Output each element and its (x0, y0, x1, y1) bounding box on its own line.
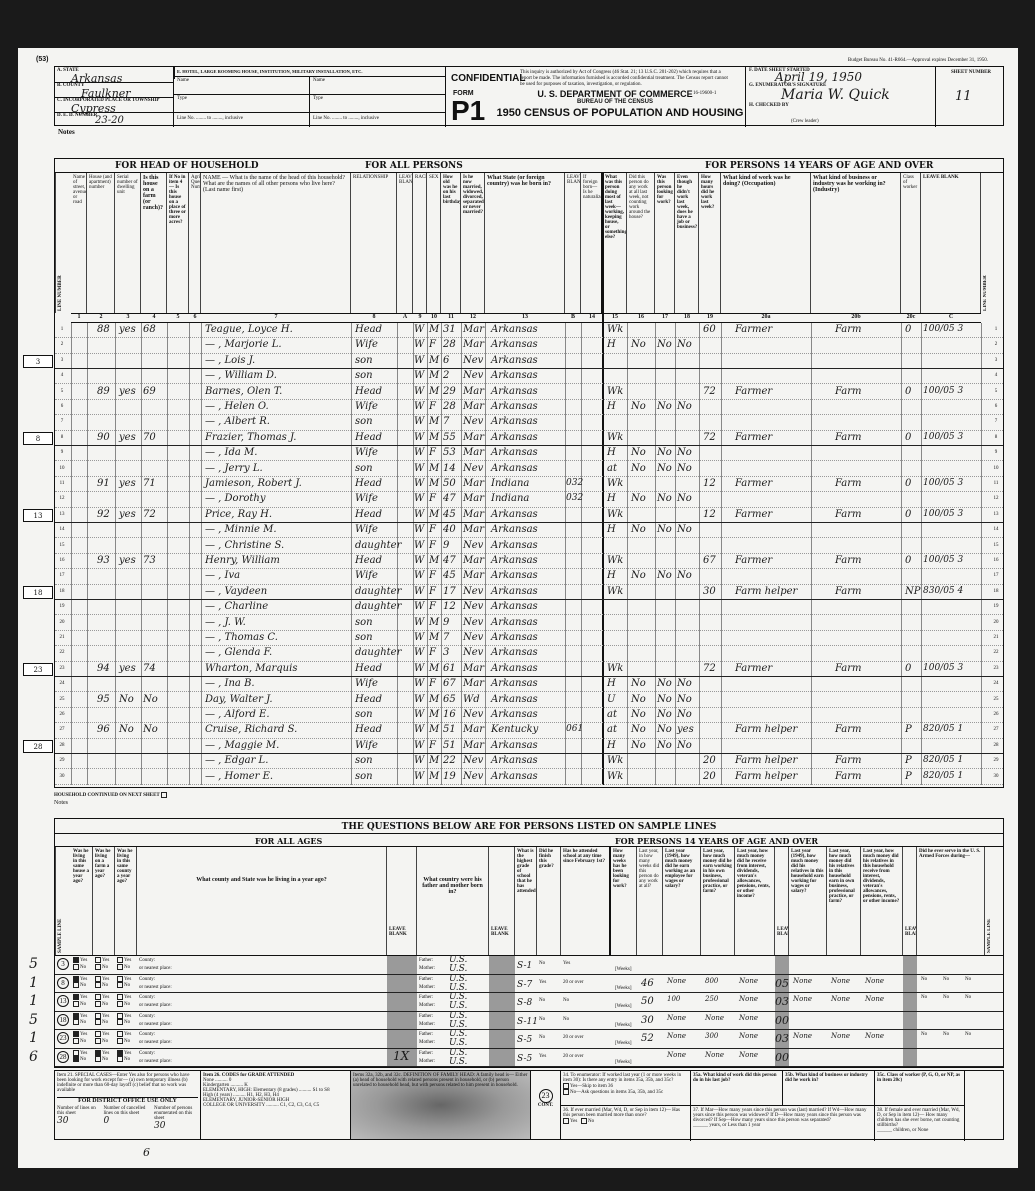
line-number-right: 27 (989, 727, 1003, 732)
cell-race: W (414, 709, 424, 720)
col-32c-header: Last year, how much money did his relati… (861, 847, 903, 955)
q34-text: 34. To enumerator: If worked last year (… (563, 1073, 688, 1083)
other-service: No (965, 977, 971, 983)
cell-name: Frazier, Thomas J. (205, 432, 296, 443)
cell-race: W (414, 617, 424, 628)
cell-c17: No (657, 401, 672, 412)
cell-name: — , Glenda F. (205, 647, 272, 658)
cell-sex: M (429, 555, 439, 566)
cell-name: — , Christine S. (205, 540, 284, 551)
leave-blank-f: 00 (775, 1051, 789, 1064)
ww1: No (943, 977, 949, 983)
cell-born: Arkansas (491, 663, 538, 674)
sample-line-number: 23 (57, 1032, 69, 1044)
cell-c17: No (657, 570, 672, 581)
cell-born: Arkansas (491, 617, 538, 628)
leave-blank-f: 03 (775, 1032, 789, 1045)
cell-farm: yes (119, 386, 136, 397)
q36-yes-checkbox[interactable] (563, 1118, 569, 1124)
table-row: 22— , Marjorie L.WifeWF28MarArkansasHNoN… (55, 338, 1003, 353)
cell-name: — , Maggie M. (205, 740, 279, 751)
line-number-right: 4 (989, 373, 1003, 378)
weeks-label: [Weeks] (615, 1060, 632, 1066)
cell-sex: M (429, 416, 439, 427)
cell-hours: 20 (703, 771, 716, 782)
cell-c16: No (631, 570, 646, 581)
cell-rel: Head (355, 694, 382, 705)
leave-blank-f: 03 (775, 995, 789, 1008)
weeks-worked: 52 (641, 1033, 654, 1044)
cell-c18: No (677, 694, 692, 705)
cell-c15: Wk (607, 432, 623, 443)
weeks-worked: 46 (641, 978, 654, 989)
line-number: 24 (55, 681, 69, 686)
cell-age: 67 (443, 678, 456, 689)
table-row: 161693yes73Henry, WilliamHeadWM47MarArka… (55, 554, 1003, 569)
q36-yes-label: Yes (570, 1119, 577, 1124)
line-number: 21 (55, 635, 69, 640)
col-9-header: RACE (413, 173, 427, 313)
cell-age: 7 (443, 416, 449, 427)
yes-checkbox[interactable] (95, 957, 101, 963)
yes-checkbox[interactable] (73, 1031, 79, 1037)
county-label: County: (139, 977, 155, 983)
cell-c: 100/05 3 (923, 386, 963, 396)
yes-no-c23: YesNo (117, 1013, 131, 1027)
col-31a-header: Last year (1949), how much money did he … (663, 847, 701, 955)
cell-race: W (414, 724, 424, 735)
col-29-header: How many weeks has he been looking for w… (611, 847, 637, 955)
cell-serial: 93 (97, 555, 110, 566)
cell-mar: Mar (463, 401, 484, 412)
county-label: County: (139, 1051, 155, 1057)
cell-name: — , Marjorie L. (205, 339, 282, 350)
col-5-header: If No in item 4— Is this house on a plac… (167, 173, 189, 313)
sample-row: 18YesNoYesNoYesNoCounty:or nearest place… (55, 975, 1003, 994)
cell-hours: 12 (703, 478, 716, 489)
line-number-right: 18 (989, 589, 1003, 594)
col-20c-header: Class of worker (901, 173, 921, 313)
yes-no-c22: YesNo (95, 1013, 109, 1027)
no-checkbox[interactable] (73, 982, 79, 988)
cell-c: 100/05 3 (923, 509, 963, 519)
yes-checkbox[interactable] (95, 994, 101, 1000)
cell-rel: son (355, 416, 373, 427)
col-25-header: What country were his father and mother … (417, 847, 489, 955)
cell-mar: Nev (463, 632, 483, 643)
cell-sex: F (429, 678, 436, 689)
col-28-header: Has he attended school at any time since… (561, 847, 611, 955)
cell-name: — , Lois J. (205, 355, 255, 366)
county-label: County: (139, 995, 155, 1001)
line-number: 12 (55, 496, 69, 501)
line-number: 28 (55, 743, 69, 748)
cell-mar: Mar (463, 493, 484, 504)
cell-sex: M (429, 663, 439, 674)
no-checkbox[interactable] (117, 1019, 123, 1025)
no-checkbox[interactable] (95, 1019, 101, 1025)
line-number-right: 23 (989, 666, 1003, 671)
line-number-right: 11 (989, 481, 1003, 486)
cell-sex: M (429, 370, 439, 381)
cell-c16: No (631, 339, 646, 350)
no-checkbox[interactable] (73, 964, 79, 970)
cell-mar: Mar (463, 324, 484, 335)
line-number: 30 (55, 774, 69, 779)
cell-age: 45 (443, 570, 456, 581)
no-checkbox[interactable] (117, 964, 123, 970)
persons14-title: FOR PERSONS 14 YEARS OF AGE AND OVER (705, 161, 933, 171)
table-row: 66— , Helen O.WifeWF28MarArkansasHNoNoNo (55, 400, 1003, 415)
cell-name: — , Albert R. (205, 416, 270, 427)
margin-mark: 5 (29, 956, 38, 972)
cell-born: Arkansas (491, 416, 538, 427)
col-g-header: LEAVE BLANK (903, 847, 917, 955)
no-checkbox[interactable] (117, 1038, 123, 1044)
yes-no-c22: YesNo (95, 994, 109, 1008)
table-row: 3030— , Homer E.sonWM19NevArkansasWk20Fa… (55, 770, 1003, 785)
line-number: 19 (55, 604, 69, 609)
cell-born: Arkansas (491, 401, 538, 412)
cell-sex: M (429, 709, 439, 720)
income-business: 300 (705, 1032, 718, 1040)
no-checkbox[interactable] (95, 982, 101, 988)
family-other: None (865, 977, 884, 985)
no-checkbox[interactable] (73, 1038, 79, 1044)
cell-farm: yes (119, 478, 136, 489)
table-row: 282828— , Maggie M.WifeWF51MarArkansasHN… (55, 739, 1003, 754)
cell-serial: 91 (97, 478, 110, 489)
cell-race: W (414, 463, 424, 474)
household-continued-checkbox[interactable] (161, 792, 167, 798)
cell-sex: M (429, 386, 439, 397)
cell-age: 3 (443, 647, 449, 658)
hotel-label: e. HOTEL, LARGE ROOMING HOUSE, INSTITUTI… (177, 69, 362, 74)
county-label: County: (139, 1032, 155, 1038)
col-19-num: 19 (699, 313, 721, 323)
cell-name: — , Jerry L. (205, 463, 263, 474)
col-26-header: What is the highest grade of school that… (515, 847, 537, 955)
cell-born: Arkansas (491, 324, 538, 335)
cell-age: 51 (443, 740, 456, 751)
attended-school: 20 or over (563, 1054, 584, 1060)
cell-b: 032 (566, 493, 583, 503)
cell-race: W (414, 524, 424, 535)
cell-serial: 90 (97, 432, 110, 443)
cell-sex: F (429, 493, 436, 504)
cell-occ: Farm helper (735, 771, 797, 782)
no-checkbox[interactable] (117, 982, 123, 988)
no-checkbox[interactable] (95, 964, 101, 970)
finished-grade: No (539, 998, 545, 1004)
cell-born: Arkansas (491, 694, 538, 705)
cell-sex: M (429, 324, 439, 335)
cell-cls: 0 (905, 509, 911, 520)
cell-age: 22 (443, 755, 456, 766)
col-5-num: 5 (167, 313, 189, 323)
cell-c: 100/05 3 (923, 555, 963, 565)
line-number-right: 15 (989, 543, 1003, 548)
cell-mar: Mar (463, 555, 484, 566)
yes-checkbox[interactable] (95, 1031, 101, 1037)
cell-c18: No (677, 339, 692, 350)
cell-race: W (414, 540, 424, 551)
persons-label: Number of persons enumerated on this she… (154, 1106, 198, 1121)
cell-born: Arkansas (491, 586, 538, 597)
income-wages: 100 (667, 995, 680, 1003)
cell-sex: M (429, 771, 439, 782)
cell-agq: 74 (143, 663, 156, 674)
cell-agq: 73 (143, 555, 156, 566)
sample-line-marker: 13 (23, 509, 53, 522)
cell-cls: P (905, 724, 912, 735)
yes-checkbox[interactable] (73, 976, 79, 982)
cell-occ: Farmer (735, 432, 772, 443)
yes-checkbox[interactable] (95, 1050, 101, 1056)
cell-born: Arkansas (491, 647, 538, 658)
margin-mark: 6 (29, 1049, 38, 1065)
no-checkbox[interactable] (73, 1056, 79, 1062)
line-number: 3 (55, 358, 69, 363)
yes-checkbox[interactable] (117, 1050, 123, 1056)
sample-line-marker: 23 (23, 663, 53, 676)
line-number-right: 13 (989, 512, 1003, 517)
father-label: Father: (419, 958, 433, 964)
yes-no-c23: YesNo (117, 994, 131, 1008)
cell-race: W (414, 509, 424, 520)
col-f-header: LEAVE BLANK (775, 847, 789, 955)
cell-rel: Head (355, 509, 382, 520)
col-3-header: Serial number of dwelling unit (115, 173, 141, 313)
cell-sex: M (429, 617, 439, 628)
q37-text: 37. If Mar—How many years since this per… (693, 1108, 872, 1123)
col-20b-num: 20b (811, 313, 901, 323)
attended-school: Yes (563, 961, 570, 967)
col-9-num: 9 (413, 313, 427, 323)
sample-line-number: 3 (57, 958, 69, 970)
cell-c: 820/05 1 (923, 755, 963, 765)
table-row: 2121— , Thomas C.sonWM7NevArkansas (55, 631, 1003, 646)
q36-text: 36. If ever married (Mar, Wd, D, or Sep … (563, 1108, 688, 1118)
cell-mar: Mar (463, 478, 484, 489)
ww1: No (943, 1032, 949, 1038)
yes-checkbox[interactable] (117, 1013, 123, 1019)
cell-farm: yes (119, 324, 136, 335)
cell-race: W (414, 432, 424, 443)
nearest-place-label: or nearest place: (139, 1003, 172, 1009)
ww1: No (943, 995, 949, 1001)
cell-c15: H (607, 740, 616, 751)
line-number-right: 29 (989, 758, 1003, 763)
grade-attended: S-8 (517, 998, 532, 1008)
cell-rel: daughter (355, 601, 401, 612)
q36-no-label: No (588, 1119, 594, 1124)
cell-c17: No (657, 447, 672, 458)
cell-name: Cruise, Richard S. (205, 724, 297, 735)
cell-ind: Farm (835, 724, 861, 735)
cell-c18: No (677, 493, 692, 504)
cell-race: W (414, 386, 424, 397)
line-number: 16 (55, 558, 69, 563)
cell-race: W (414, 740, 424, 751)
cell-c: 100/05 3 (923, 324, 963, 334)
sample-row: 518YesNoYesNoYesNoCounty:or nearest plac… (55, 1012, 1003, 1031)
cell-hours: 20 (703, 755, 716, 766)
yes-no-c22: YesNo (95, 1031, 109, 1045)
col-b-header: LEAVE BLANK (565, 173, 581, 313)
yes-checkbox[interactable] (117, 976, 123, 982)
cell-race: W (414, 647, 424, 658)
cell-rel: Wife (355, 339, 378, 350)
sample-row: 628YesNoYesNoYesNoCounty:or nearest plac… (55, 1049, 1003, 1068)
cell-c18: No (677, 678, 692, 689)
family-wages: None (793, 995, 812, 1003)
no-checkbox[interactable] (95, 1001, 101, 1007)
cell-rel: daughter (355, 540, 401, 551)
cell-born: Arkansas (491, 709, 538, 720)
no-checkbox[interactable] (95, 1056, 101, 1062)
income-other: None (739, 995, 758, 1003)
table-row: 1919— , CharlinedaughterWF12NevArkansas (55, 600, 1003, 615)
line-number-right: 12 (989, 496, 1003, 501)
yes-checkbox[interactable] (73, 1050, 79, 1056)
cell-c15: Wk (607, 771, 623, 782)
table-row: 2020— , J. W.sonWM9NevArkansas (55, 616, 1003, 631)
grade-attended: S-11 (517, 1017, 538, 1027)
yes-checkbox[interactable] (117, 994, 123, 1000)
no-checkbox[interactable] (117, 1056, 123, 1062)
col-a-header: LEAVE BLANK (397, 173, 413, 313)
no-checkbox[interactable] (117, 1001, 123, 1007)
col-23-header: Was he living in this same county a year… (115, 847, 137, 955)
col-13-num: 13 (485, 313, 565, 323)
line-number: 9 (55, 450, 69, 455)
mother-label: Mother: (419, 1022, 435, 1028)
cell-rel: Head (355, 432, 382, 443)
col-17-num: 17 (655, 313, 675, 323)
cell-name: — , Iva (205, 570, 240, 581)
line-number: 17 (55, 573, 69, 578)
col-31b-header: Last year, how much money did he earn wo… (701, 847, 735, 955)
cell-name: — , J. W. (205, 617, 246, 628)
cell-mar: Mar (463, 724, 484, 735)
income-business: None (705, 1014, 724, 1022)
cell-rel: son (355, 355, 373, 366)
q36-no-checkbox[interactable] (581, 1118, 587, 1124)
col-8-header: RELATIONSHIP (351, 173, 397, 313)
cell-sex: M (429, 632, 439, 643)
cell-c17: No (657, 709, 672, 720)
cell-mar: Mar (463, 570, 484, 581)
cell-rel: Wife (355, 447, 378, 458)
cancelled-label: Number of cancelled lines on this sheet (104, 1106, 148, 1116)
hotel-name-label-2: Name (313, 78, 325, 84)
cell-born: Arkansas (491, 386, 538, 397)
department: U. S. DEPARTMENT OF COMMERCE (495, 89, 735, 99)
cell-agq: 71 (143, 478, 156, 489)
cell-sex: F (429, 540, 436, 551)
cell-mar: Mar (463, 524, 484, 535)
cell-rel: Wife (355, 524, 378, 535)
line-number: 20 (55, 620, 69, 625)
cell-c18: yes (677, 724, 694, 735)
census-title: 1950 CENSUS OF POPULATION AND HOUSING (495, 107, 745, 119)
cell-born: Indiana (491, 478, 529, 489)
yes-checkbox[interactable] (117, 957, 123, 963)
weeks-worked: 30 (641, 1015, 654, 1026)
income-other: None (739, 1051, 758, 1059)
yes-no-c21: YesNo (73, 1013, 87, 1027)
leave-blank-d: 1X (393, 1049, 409, 1063)
col-30-header: Last year, in how many weeks did this pe… (637, 847, 663, 955)
checked-label: h. CHECKED BY (749, 103, 789, 108)
no-checkbox[interactable] (73, 1001, 79, 1007)
cell-agq: No (143, 724, 158, 735)
line-number-right: 30 (989, 774, 1003, 779)
table-row: 44— , William D.sonWM2NevArkansas (55, 369, 1003, 384)
line-number: 25 (55, 697, 69, 702)
line-number: 10 (55, 466, 69, 471)
yes-checkbox[interactable] (117, 1031, 123, 1037)
cell-born: Arkansas (491, 601, 538, 612)
q37-tail: ______ years, or Less than 1 year (693, 1123, 872, 1128)
yes-no-c22: YesNo (95, 1050, 109, 1064)
yes-checkbox[interactable] (73, 1013, 79, 1019)
q34-no-checkbox[interactable] (563, 1089, 569, 1095)
line-number-right: 7 (989, 419, 1003, 424)
question-34: 34. To enumerator: If worked last year (… (561, 1071, 691, 1106)
yes-checkbox[interactable] (73, 957, 79, 963)
cell-age: 51 (443, 724, 456, 735)
cell-age: 9 (443, 617, 449, 628)
cell-serial: 95 (97, 694, 110, 705)
grade-attended: S-7 (517, 980, 532, 990)
weeks-label: [Weeks] (615, 1004, 632, 1010)
cell-race: W (414, 416, 424, 427)
yes-checkbox[interactable] (95, 1013, 101, 1019)
cell-born: Arkansas (491, 555, 538, 566)
weeks-worked: 50 (641, 996, 654, 1007)
cell-c15: H (607, 447, 616, 458)
no-checkbox[interactable] (95, 1038, 101, 1044)
confidential-label: CONFIDENTIAL (451, 73, 525, 84)
cell-born: Kentucky (491, 724, 538, 735)
cell-c18: No (677, 709, 692, 720)
cell-race: W (414, 678, 424, 689)
cell-age: 45 (443, 509, 456, 520)
mother-birthplace: U.S. (449, 964, 467, 974)
col-6-num: 6 (189, 313, 201, 323)
weeks-label: [Weeks] (615, 1023, 632, 1029)
yes-checkbox[interactable] (73, 994, 79, 1000)
no-checkbox[interactable] (73, 1019, 79, 1025)
yes-checkbox[interactable] (95, 976, 101, 982)
cell-c15: Wk (607, 586, 623, 597)
q34-yes-checkbox[interactable] (563, 1083, 569, 1089)
cont-marker: 23 CONT. (531, 1071, 561, 1139)
family-business: None (831, 977, 850, 985)
q38-text: 38. If female and ever married (Mar, Wd,… (877, 1108, 962, 1128)
cell-occ: Farmer (735, 324, 772, 335)
sheet-number-label: SHEET NUMBER (941, 70, 1001, 75)
yes-no-c22: YesNo (95, 976, 109, 990)
special-cases-text: Item 21. SPECIAL CASES—Enter Yes also fo… (57, 1073, 198, 1093)
cell-serial: 88 (97, 324, 110, 335)
table-row: 1010— , Jerry L.sonWM14NevArkansasatNoNo… (55, 462, 1003, 477)
crew-leader-label: (Crew leader) (791, 119, 819, 125)
cell-rel: son (355, 755, 373, 766)
col-16-header: Did this person do any work at all last … (627, 173, 655, 313)
